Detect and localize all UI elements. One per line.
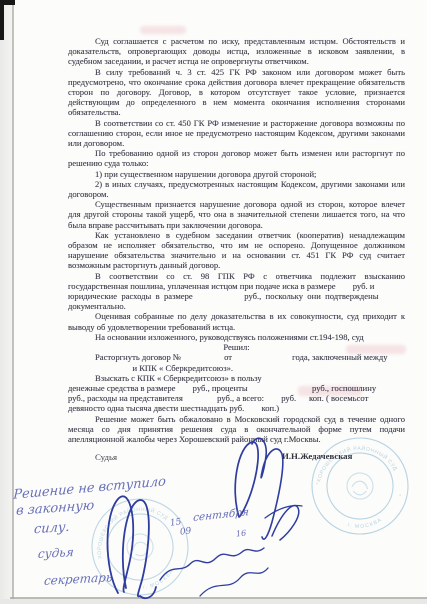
- typed-line: договором.: [68, 189, 405, 199]
- handwritten-note-line3: силу.: [34, 520, 71, 538]
- typed-line: апелляционной жалобы через Хорошевский р…: [68, 434, 405, 444]
- typed-line: Решил:: [68, 342, 405, 352]
- typed-line: доказательств, опровергающих доводы истц…: [68, 46, 405, 56]
- court-stamp-left: ХОРОШЕВСКИЙ РАЙОННЫЙ СУД г. МОСКВА: [82, 489, 198, 604]
- typed-line: Суд соглашается с расчетом по иску, пред…: [68, 36, 405, 46]
- stamp-star-right: *: [398, 494, 401, 500]
- typed-text-block: Суд соглашается с расчетом по иску, пред…: [68, 36, 405, 444]
- typed-line: государственная пошлина, уплаченная истц…: [68, 281, 405, 291]
- typed-line: образом не исполняет обязательство, что …: [68, 240, 405, 250]
- ink-bleed-smudge: [140, 26, 186, 34]
- typed-line: нарушение обязательства значительно и на…: [68, 250, 405, 260]
- typed-line: В соответствии со ст. 450 ГК РФ изменени…: [68, 118, 405, 128]
- handwritten-date-month-word: сентября: [193, 506, 250, 524]
- typed-line: девяносто одна тысяча двести шестнадцать…: [68, 403, 405, 413]
- stamp-ring-top-text: ХОРОШЕВСКИЙ РАЙОННЫЙ СУД: [87, 498, 175, 560]
- typed-line: для другой стороны такой ущерб, что она …: [68, 209, 405, 219]
- typed-line: денежные средства в размере руб., процен…: [68, 383, 405, 393]
- typed-line: Существенным признается нарушение догово…: [68, 199, 405, 209]
- typed-line: выводу об удовлетворении требований истц…: [68, 322, 405, 332]
- svg-text:г. МОСКВА: г. МОСКВА: [140, 567, 178, 591]
- typed-line: сторон по договору. Договор, в котором о…: [68, 87, 405, 97]
- stamp-ring-bottom-text: г. МОСКВА: [347, 512, 385, 533]
- typed-line: Как установлено в судебном заседании отв…: [68, 230, 405, 240]
- typed-line: Расторгнуть договор № от года, заключенн…: [68, 352, 405, 362]
- handwritten-date-month: 09: [179, 526, 192, 537]
- scanned-court-decision-page: Суд соглашается с расчетом по иску, пред…: [0, 0, 427, 604]
- stamp-star-left: *: [315, 482, 318, 488]
- handwritten-judge-word: судья: [37, 545, 74, 561]
- scan-bottom-edge: [0, 599, 427, 604]
- typed-line: юридические расходы в размере руб., поск…: [68, 291, 405, 301]
- typed-line: судебном заседании, и расчет истца не оп…: [68, 56, 405, 66]
- typed-line: Оценивая собранные по делу доказательств…: [68, 311, 405, 321]
- typed-line: 1) при существенном нарушении договора д…: [68, 169, 405, 179]
- typed-line: документально.: [68, 301, 405, 311]
- typed-line: соглашению сторон, если иное не предусмо…: [68, 128, 405, 138]
- handwritten-date-year: 16: [236, 528, 247, 538]
- typed-line: Взыскать с КПК « Сберкредитсоюз» в польз…: [68, 373, 405, 383]
- typed-line: 2) в иных случаях, предусмотренных насто…: [68, 179, 405, 189]
- stamp-ring-bottom-text: г. МОСКВА: [140, 567, 178, 591]
- typed-line: месяца со дня принятия решения суда в ок…: [68, 424, 405, 434]
- stamp-ring-top-text: ХОРОШЕВСКИЙ РАЙОННЫЙ СУД: [316, 438, 401, 493]
- judge-row-signature: [108, 496, 157, 598]
- scan-left-edge-line: [12, 0, 14, 604]
- judge-label: Судья: [95, 452, 117, 462]
- typed-line: По требованию одной из сторон договор мо…: [68, 148, 405, 158]
- svg-text:г. МОСКВА: г. МОСКВА: [347, 512, 385, 533]
- svg-text:ХОРОШЕВСКИЙ РАЙОННЫЙ СУД: ХОРОШЕВСКИЙ РАЙОННЫЙ СУД: [87, 498, 175, 560]
- typed-line: решению суда только:: [68, 158, 405, 168]
- typed-line: предусмотрено, что окончание срока дейст…: [68, 77, 405, 87]
- typed-line: и КПК « Сберкредитсоюз».: [68, 363, 405, 373]
- court-stamp-right: ХОРОШЕВСКИЙ РАЙОННЫЙ СУД г. МОСКВА * *: [306, 432, 414, 540]
- typed-line: действующим до определенного в нем момен…: [68, 97, 405, 107]
- handwritten-clerk-word: секретарь: [43, 570, 113, 588]
- typed-line: обязательства.: [68, 107, 405, 117]
- typed-line: На основании изложенного, руководствуясь…: [68, 332, 405, 342]
- typed-line: руб., расходы на представителя руб., а в…: [68, 393, 405, 403]
- typed-line: возможным расторгнуть данный договор.: [68, 260, 405, 270]
- typed-line: В силу требований ч. 3 ст. 425 ГК РФ зак…: [68, 67, 405, 77]
- judge-signature: [235, 438, 283, 539]
- svg-text:ХОРОШЕВСКИЙ РАЙОННЫЙ СУД: ХОРОШЕВСКИЙ РАЙОННЫЙ СУД: [316, 438, 401, 493]
- typed-line: или договором.: [68, 138, 405, 148]
- typed-line: Решение может быть обжаловано в Московск…: [68, 414, 405, 424]
- judge-name: И.Н.Жедачевская: [282, 451, 352, 461]
- typed-line: была вправе рассчитывать при заключении …: [68, 220, 405, 230]
- typed-line: В соответствии со ст. 98 ГПК РФ с ответч…: [68, 271, 405, 281]
